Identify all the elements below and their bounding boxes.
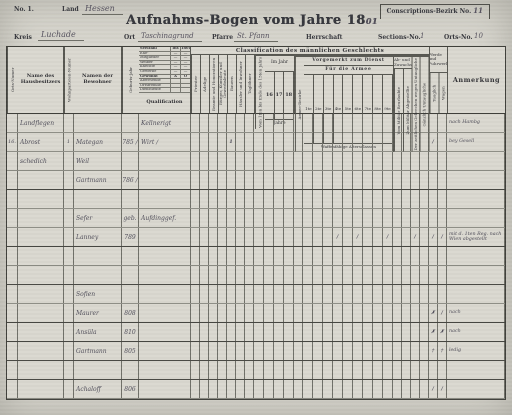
cell xyxy=(420,171,429,189)
cell: 786 ∕ xyxy=(122,171,139,189)
cell xyxy=(323,342,333,360)
cell xyxy=(353,342,363,360)
cell xyxy=(363,209,373,227)
seelzahl-cell: Ehe- xyxy=(139,52,170,56)
cell xyxy=(383,361,393,379)
cell xyxy=(393,304,402,322)
cell xyxy=(64,266,74,284)
seelzahl-cell: Weiber xyxy=(139,61,170,65)
cell xyxy=(373,247,383,265)
cell: † xyxy=(429,342,438,360)
cell xyxy=(402,152,411,170)
cell xyxy=(294,323,303,341)
cell: Lanney xyxy=(74,228,122,246)
tally-mark: ✗ xyxy=(440,329,444,335)
cell: 808 xyxy=(122,304,139,322)
handwritten-entry: Gartmann xyxy=(76,348,107,355)
cell xyxy=(18,380,64,398)
cell xyxy=(313,190,323,208)
seelzahl-box2-cell xyxy=(180,84,190,88)
cell xyxy=(402,342,411,360)
cell xyxy=(438,171,447,189)
cell xyxy=(303,361,313,379)
cell xyxy=(323,285,333,303)
cell xyxy=(393,323,402,341)
cell xyxy=(227,171,236,189)
cell xyxy=(245,323,254,341)
cell xyxy=(264,323,274,341)
cell xyxy=(254,133,264,151)
cell xyxy=(7,285,18,303)
cell xyxy=(353,190,363,208)
cell: Sefer xyxy=(74,209,122,227)
cell xyxy=(373,342,383,360)
cell xyxy=(420,190,429,208)
seelzahl-cell: — xyxy=(180,61,190,65)
cell xyxy=(264,361,274,379)
cell xyxy=(191,133,200,151)
cell xyxy=(245,190,254,208)
cell: nach Hambg xyxy=(447,114,505,132)
cell xyxy=(373,152,383,170)
cell xyxy=(313,342,323,360)
cell xyxy=(438,114,447,132)
cell xyxy=(353,171,363,189)
cell xyxy=(139,342,191,360)
cell: 785 ∕ xyxy=(122,133,139,151)
pferde-column-header: Wagen xyxy=(439,73,448,113)
handwritten-entry: 16. xyxy=(8,139,16,145)
cell xyxy=(373,171,383,189)
cell xyxy=(284,342,294,360)
cell xyxy=(74,190,122,208)
cell: Mategan xyxy=(74,133,122,151)
cell xyxy=(323,323,333,341)
handwritten-entry: Aufdinggef. xyxy=(141,215,176,222)
cell: † xyxy=(438,342,447,360)
handwritten-entry: geb. xyxy=(123,215,136,222)
table-row: Gartmann805††ledig xyxy=(7,342,505,361)
cell xyxy=(236,266,245,284)
cell xyxy=(411,361,420,379)
cell: geb. xyxy=(122,209,139,227)
cell xyxy=(393,266,402,284)
cell xyxy=(245,361,254,379)
cell xyxy=(383,190,393,208)
cell xyxy=(447,361,505,379)
cell xyxy=(363,190,373,208)
cell xyxy=(191,323,200,341)
cell xyxy=(429,266,438,284)
tally-mark: ∕ xyxy=(357,234,359,240)
cell xyxy=(343,266,353,284)
cell xyxy=(438,133,447,151)
cell: Sofien xyxy=(74,285,122,303)
sections-label: Sections-No. xyxy=(378,34,421,41)
seelzahl-cell: — xyxy=(170,52,180,56)
cell xyxy=(353,285,363,303)
cell xyxy=(323,171,333,189)
cell xyxy=(294,304,303,322)
cell xyxy=(200,285,209,303)
cell xyxy=(191,190,200,208)
cell xyxy=(122,152,139,170)
vormerk-block: Zu Ende des eben verflossenen Militärjah… xyxy=(294,55,429,113)
cell xyxy=(64,114,74,132)
cell: 805 xyxy=(122,342,139,360)
handwritten-entry: 805 xyxy=(124,348,135,355)
anmerkung-note: mit d. 1ten Reg. nach Wien abgestellt xyxy=(449,232,504,243)
cell xyxy=(420,304,429,322)
cell xyxy=(353,361,363,379)
cell xyxy=(264,228,274,246)
handwritten-entry: Wirt ∕ xyxy=(141,139,158,146)
seelzahl-cell: Mitglieder xyxy=(139,56,170,60)
census-table: Orts-Numer Name des Hausbesitzers Wohnpa… xyxy=(6,46,506,400)
cell xyxy=(294,171,303,189)
cell xyxy=(383,304,393,322)
cell: ∕ xyxy=(438,380,447,398)
cell: ✗ xyxy=(429,323,438,341)
seelzahl-cell: — xyxy=(180,52,190,56)
gaenzlich-rot: Gänzlich Untaugliche xyxy=(421,57,429,152)
handwritten-entry: Weil xyxy=(76,158,89,165)
cell xyxy=(7,342,18,360)
cell xyxy=(284,323,294,341)
category-column-header: Häusler und Inwohner xyxy=(236,55,245,113)
cell xyxy=(245,228,254,246)
cell xyxy=(7,266,18,284)
cell xyxy=(411,247,420,265)
cell xyxy=(245,266,254,284)
cell xyxy=(343,171,353,189)
cell xyxy=(264,342,274,360)
cell xyxy=(74,361,122,379)
tally-mark: ∕ xyxy=(441,386,443,392)
cell xyxy=(7,323,18,341)
cell xyxy=(139,323,191,341)
cell xyxy=(333,133,343,151)
cell xyxy=(420,247,429,265)
cell: nach xyxy=(447,304,505,322)
abzuwachs-column-header: Zum Militär Abgestellte xyxy=(403,69,412,152)
cell xyxy=(294,247,303,265)
cell xyxy=(373,361,383,379)
cell xyxy=(7,209,18,227)
cell xyxy=(209,247,218,265)
cell xyxy=(18,285,64,303)
cell xyxy=(393,380,402,398)
seelzahl-cell: — xyxy=(180,70,190,74)
cell xyxy=(373,228,383,246)
consc-label: Conscriptions-Bezirk No. xyxy=(387,8,472,15)
cell xyxy=(7,361,18,379)
cell xyxy=(245,152,254,170)
cell: Landflegen xyxy=(18,114,64,132)
cell xyxy=(191,247,200,265)
cell xyxy=(323,247,333,265)
cell xyxy=(323,380,333,398)
cell: 1 xyxy=(64,133,74,151)
cell xyxy=(139,285,191,303)
anmerkung-column: Anmerkung xyxy=(447,47,505,113)
cell xyxy=(64,323,74,341)
cell xyxy=(333,171,343,189)
cell xyxy=(303,209,313,227)
cell xyxy=(373,190,383,208)
cell xyxy=(313,304,323,322)
tally-mark: ∕ xyxy=(387,234,389,240)
cell xyxy=(274,361,284,379)
tally-mark: ∕ xyxy=(432,139,434,145)
cell: 806 xyxy=(122,380,139,398)
cell xyxy=(139,266,191,284)
cell xyxy=(139,152,191,170)
cell xyxy=(383,323,393,341)
cell xyxy=(373,285,383,303)
page-title: Aufnahms-Bogen vom Jahre 1801 xyxy=(126,13,378,28)
cell: Ansüla xyxy=(74,323,122,341)
tally-mark: ∕ xyxy=(441,310,443,316)
cell xyxy=(429,285,438,303)
seelzahl-cell: — xyxy=(170,56,180,60)
cell xyxy=(313,323,323,341)
cell: nach xyxy=(447,323,505,341)
pferde-columns: TauglichWagen xyxy=(430,73,447,113)
cell xyxy=(402,285,411,303)
cell xyxy=(254,228,264,246)
cell xyxy=(122,190,139,208)
cell: Maurer xyxy=(74,304,122,322)
seelzahl-rows: Ehe-——Mitglieder——Weiber——Knechte——Gewer… xyxy=(139,52,190,75)
cell xyxy=(402,323,411,341)
table-row: Gartmann786 ∕ xyxy=(7,171,505,190)
cell xyxy=(313,152,323,170)
cell xyxy=(254,342,264,360)
tally-mark: ✗ xyxy=(431,329,435,335)
cell xyxy=(353,304,363,322)
cell xyxy=(218,133,227,151)
cell xyxy=(209,304,218,322)
cell: ∕ xyxy=(438,228,447,246)
seelzahl-col-ins: Ins xyxy=(170,47,180,51)
seelzahl-qualification-box: Seelzahl Ins 1801 Ehe-——Mitglieder——Weib… xyxy=(139,47,191,113)
cell xyxy=(218,190,227,208)
cell xyxy=(323,266,333,284)
cell xyxy=(343,323,353,341)
cell xyxy=(200,114,209,132)
cell xyxy=(284,380,294,398)
cell xyxy=(18,171,64,189)
cell xyxy=(74,247,122,265)
cell xyxy=(274,152,284,170)
cell xyxy=(209,285,218,303)
seelzahl-box2-cell xyxy=(170,88,180,92)
cell xyxy=(284,133,294,151)
category-column-header: Priester xyxy=(191,55,200,113)
cell xyxy=(411,171,420,189)
handwritten-entry: Maurer xyxy=(76,310,99,317)
year-columns: 161718 xyxy=(265,72,294,120)
pferde-title: Pferde und Fuhrwerk xyxy=(430,47,447,73)
cell xyxy=(411,323,420,341)
cell xyxy=(411,209,420,227)
cell xyxy=(74,266,122,284)
cell xyxy=(264,304,274,322)
cell xyxy=(294,361,303,379)
handwritten-entry: Sofien xyxy=(76,291,95,298)
seelzahl-box2-cell xyxy=(170,79,180,83)
cell xyxy=(274,247,284,265)
cell xyxy=(227,380,236,398)
cell xyxy=(7,304,18,322)
cell xyxy=(438,209,447,227)
cell xyxy=(313,171,323,189)
cell xyxy=(303,152,313,170)
cell: Aufdinggef. xyxy=(139,209,191,227)
cell xyxy=(447,152,505,170)
seelzahl-cell: — xyxy=(170,70,180,74)
cell xyxy=(218,152,227,170)
cell xyxy=(274,190,284,208)
cell xyxy=(209,190,218,208)
cell xyxy=(402,228,411,246)
cell xyxy=(264,380,274,398)
cell xyxy=(323,361,333,379)
cell xyxy=(333,361,343,379)
cell xyxy=(236,228,245,246)
anmerkung-note: nach xyxy=(449,329,461,334)
table-row: Ansüla810✗✗nach xyxy=(7,323,505,342)
cell xyxy=(447,190,505,208)
cell xyxy=(353,380,363,398)
cell xyxy=(284,247,294,265)
cell xyxy=(64,361,74,379)
cell xyxy=(363,361,373,379)
table-body: LandflegenKellnerigtnach Hambg16.Abrost1… xyxy=(7,114,505,399)
cell: Gartmann xyxy=(74,171,122,189)
cell xyxy=(393,190,402,208)
seelzahl-cell: — xyxy=(170,61,180,65)
cell xyxy=(227,114,236,132)
cell xyxy=(353,247,363,265)
fuer-armee-band: Für die Armee xyxy=(304,66,393,75)
cell xyxy=(209,209,218,227)
tally-mark: ✗ xyxy=(431,310,435,316)
cell xyxy=(122,361,139,379)
cell xyxy=(218,209,227,227)
table-row xyxy=(7,266,505,285)
cell xyxy=(447,171,505,189)
cell xyxy=(393,171,402,189)
qualification-label: Qualification xyxy=(139,93,190,113)
anmerkung-note: nach xyxy=(449,310,461,315)
table-row xyxy=(7,190,505,209)
cell xyxy=(139,171,191,189)
cell xyxy=(254,266,264,284)
handwritten-entry: Landflegen xyxy=(20,120,54,127)
tally-mark: † xyxy=(441,348,444,354)
cell xyxy=(294,342,303,360)
cell xyxy=(236,323,245,341)
cell xyxy=(191,228,200,246)
handwritten-entry: Gartmann xyxy=(76,177,107,184)
cell xyxy=(200,209,209,227)
cell xyxy=(274,209,284,227)
cell xyxy=(274,133,284,151)
cell: ∕ xyxy=(411,228,420,246)
cell xyxy=(236,114,245,132)
cell xyxy=(209,323,218,341)
handwritten-entry: Kellnerigt xyxy=(141,120,171,127)
herrschaft-label: Herrschaft xyxy=(306,34,342,41)
kreis-label: Kreis xyxy=(14,34,32,41)
cell xyxy=(429,114,438,132)
cell xyxy=(373,133,383,151)
cell xyxy=(236,152,245,170)
land-value: Hessen xyxy=(82,4,123,15)
cell xyxy=(200,171,209,189)
cell xyxy=(274,171,284,189)
seelzahl-box2-label: Ortsfremde xyxy=(139,84,170,88)
cell xyxy=(254,304,264,322)
cell xyxy=(209,171,218,189)
cell xyxy=(363,114,373,132)
cell xyxy=(420,361,429,379)
cell xyxy=(343,114,353,132)
cell xyxy=(191,209,200,227)
cell xyxy=(333,114,343,132)
cell xyxy=(402,247,411,265)
cell xyxy=(274,304,284,322)
cell xyxy=(303,380,313,398)
category-column-header: Taglöhner xyxy=(245,55,254,113)
cell xyxy=(303,133,313,151)
cell: mit d. 1ten Reg. nach Wien abgestellt xyxy=(447,228,505,246)
cell xyxy=(200,266,209,284)
cell xyxy=(420,228,429,246)
table-row: Maurer808✗∕nach xyxy=(7,304,505,323)
cell xyxy=(438,190,447,208)
table-row: Achaloff806∕∕ xyxy=(7,380,505,399)
consc-value: 11 xyxy=(473,6,483,15)
pferde-column-header: Tauglich xyxy=(430,73,439,113)
cell xyxy=(7,228,18,246)
cell xyxy=(402,171,411,189)
cell xyxy=(139,361,191,379)
cell xyxy=(200,247,209,265)
cell: ✗ xyxy=(438,323,447,341)
cell xyxy=(64,380,74,398)
cell xyxy=(411,152,420,170)
cell xyxy=(294,285,303,303)
cell xyxy=(353,266,363,284)
cell xyxy=(245,304,254,322)
tally-mark: ∕ xyxy=(432,234,434,240)
cell xyxy=(411,304,420,322)
cell xyxy=(209,361,218,379)
seelzahl-cell: Gewerbe xyxy=(139,70,170,74)
cell xyxy=(236,247,245,265)
cell xyxy=(363,171,373,189)
cell xyxy=(191,114,200,132)
year-column-header: 18 xyxy=(284,72,294,119)
cell xyxy=(274,114,284,132)
cell xyxy=(323,114,333,132)
cell xyxy=(200,380,209,398)
anmerkung-note: ledig xyxy=(449,348,461,353)
cell xyxy=(363,380,373,398)
